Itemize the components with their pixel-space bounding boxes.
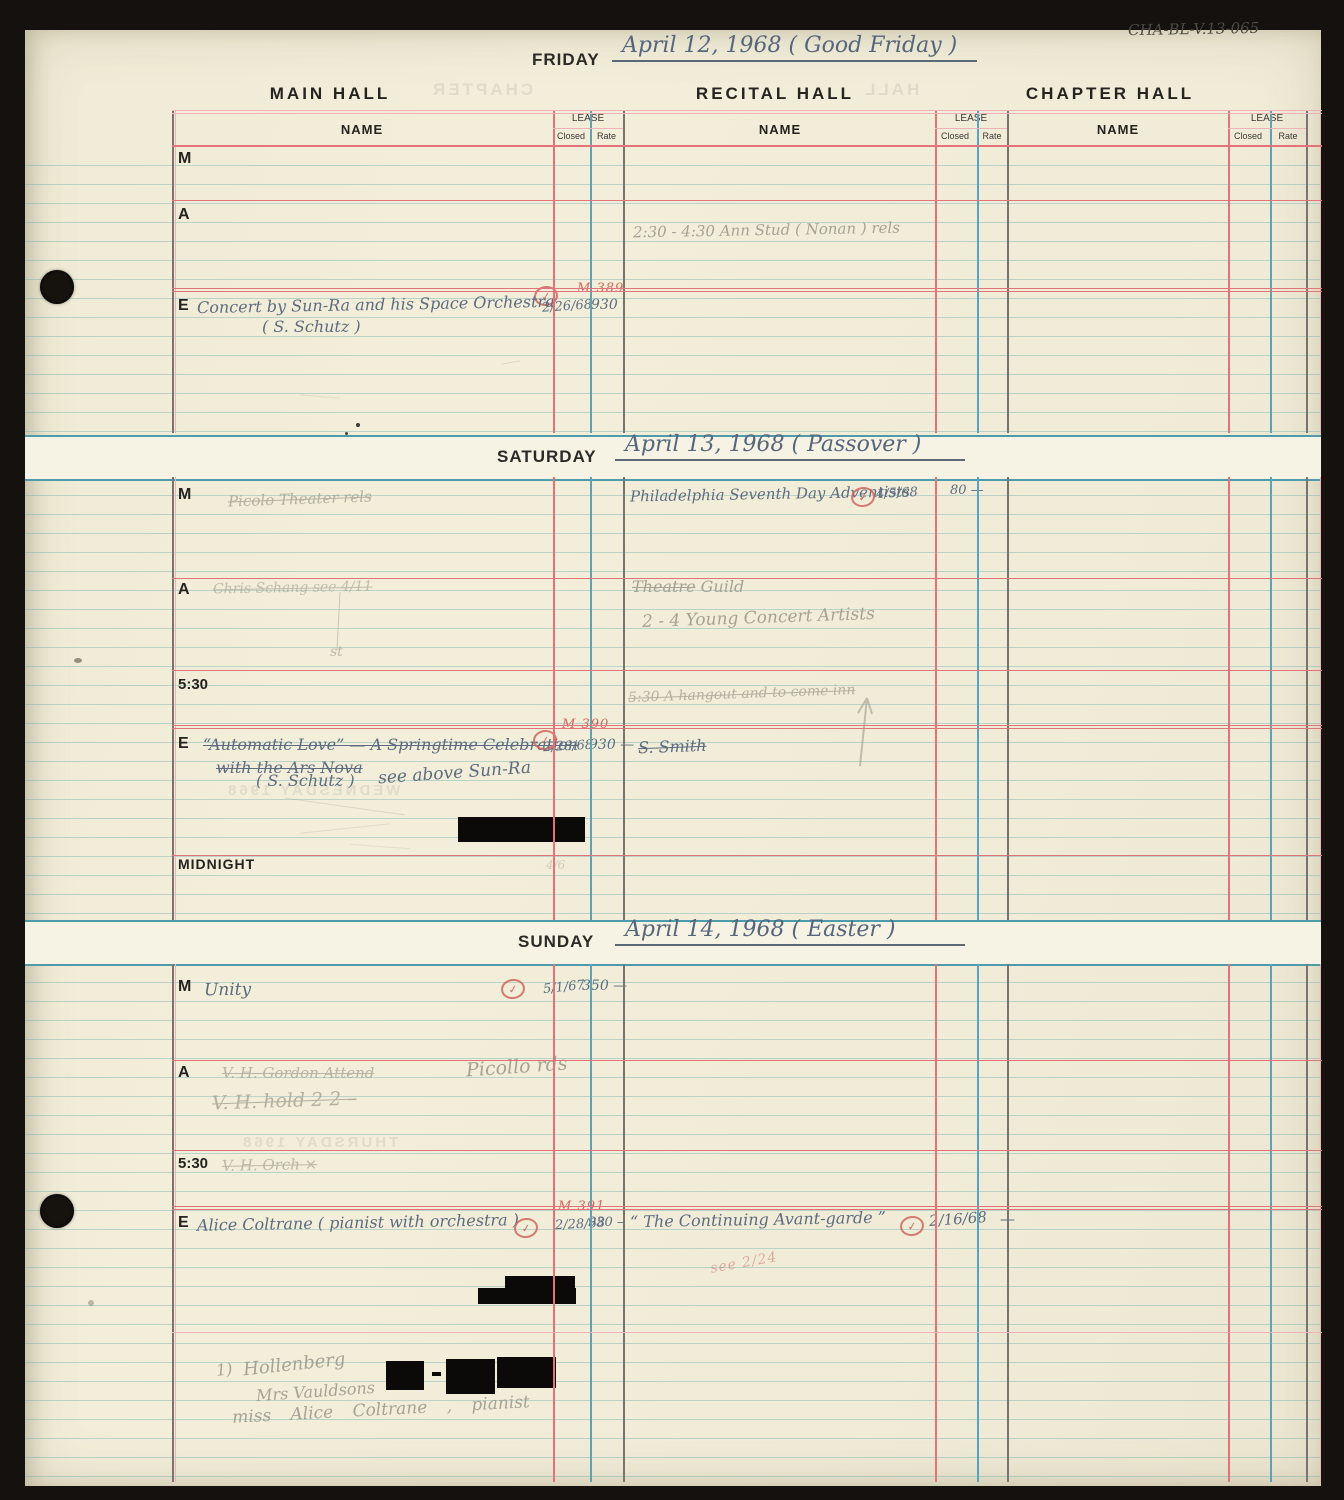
friday-table-grid [25,147,1321,433]
entry-unity: Unity [204,980,251,1001]
grid-line [175,477,176,920]
grid-line [172,1206,1322,1207]
redaction-bar [386,1361,424,1390]
entry-schutz-2: ( S. Schutz ) [256,771,355,790]
chapter-name-header: NAME [1008,122,1228,137]
check-glyph: ✓ [907,1219,918,1233]
entry-automatic-love-rate: 930 — [589,737,634,753]
grid-line [935,128,1007,129]
grid-line [172,578,1322,579]
grid-line [172,1332,1322,1333]
grid-line [935,110,937,433]
saturday-row-a: A [178,581,190,599]
grid-line [1270,110,1272,433]
grid-line [172,145,1322,147]
grid-line [977,477,979,920]
grid-line [590,477,592,920]
note-number: 1) [215,1359,233,1380]
entry-s-smith: S. Smith [638,736,707,757]
grid-line [1007,477,1009,920]
sunday-row-a: A [178,1064,190,1082]
grid-line [172,670,1322,671]
check-glyph: ✓ [521,1221,532,1235]
sunday-row-m: M [178,978,191,996]
grid-line [1306,477,1308,920]
entry-vh-gordon: V. H. Gordon Attend [222,1064,374,1082]
grid-line [172,725,1322,726]
grid-line [623,964,625,1482]
grid-line [553,964,555,1482]
entry-automatic-love: “Automatic Love” — A Springtime Celebrat… [203,735,578,754]
grid-line [590,110,592,433]
sunday-day-label: SUNDAY [518,932,594,952]
grid-line [172,477,174,920]
grid-line [175,110,176,433]
entry-chris-schang: Chris Schang see 4/11 [213,579,373,598]
grid-line [1228,477,1230,920]
saturday-row-midnight: MIDNIGHT [178,856,255,872]
grid-line [172,728,1322,729]
sunday-row-530: 5:30 [178,1155,208,1172]
grid-line [553,128,623,129]
grid-line [1306,110,1308,433]
main-hall-title: MAIN HALL [172,84,488,104]
friday-date-handwriting: April 12, 1968 ( Good Friday ) [612,33,977,62]
pencil-st-mark: st [330,644,343,660]
grid-line [623,477,625,920]
main-closed-header: Closed [551,131,591,141]
friday-row-e: E [178,297,189,315]
main-name-header: NAME [172,122,552,137]
check-glyph: ✓ [858,490,869,504]
grid-line [1228,128,1306,129]
ink-dot [356,423,360,427]
redaction-bar [446,1359,495,1394]
faint-pencil-note: 4/6 [546,858,565,872]
paper-speck [345,432,348,435]
grid-line [1007,110,1009,433]
entry-theatre-guild: Theatre Guild [632,577,744,596]
paper-speck [88,1300,94,1306]
chapter-closed-header: Closed [1226,131,1270,141]
grid-line [172,288,1322,289]
entry-unity-rate: 350 — [582,978,627,994]
entry-sun-ra-rate: 930 [591,297,618,313]
grid-line [172,964,174,1482]
grid-line [172,855,1322,856]
saturday-day-label: SATURDAY [497,447,597,467]
saturday-row-530: 5:30 [178,676,208,693]
grid-line [977,110,979,433]
sunday-date-handwriting: April 14, 1968 ( Easter ) [615,917,965,946]
grid-line [172,1060,1322,1061]
grid-line [172,110,1322,111]
redaction-bar [497,1357,556,1388]
saturday-date-handwriting: April 13, 1968 ( Passover ) [615,432,965,461]
grid-line [623,110,625,433]
grid-line [935,964,937,1482]
recital-closed-header: Closed [933,131,977,141]
grid-line [1306,964,1308,1482]
grid-line [1228,110,1230,433]
grid-line [1320,964,1321,1482]
struck-word: Theatre [632,577,696,596]
grid-line [172,1209,1322,1210]
grid-line [172,200,1322,201]
recital-lease-header: LEASE [935,113,1007,124]
saturday-row-m: M [178,486,191,504]
grid-line [1270,477,1272,920]
pencil-arrow-up [840,690,880,770]
chapter-lease-header: LEASE [1228,113,1306,124]
grid-line [1228,964,1230,1482]
entry-automatic-love-date: 2/26/68 [543,738,594,756]
main-rate-header: Rate [590,131,623,141]
main-lease-header: LEASE [553,113,623,124]
friday-row-m: M [178,150,191,168]
grid-line [553,110,555,433]
saturday-row-e: E [178,735,189,753]
sunday-row-e: E [178,1214,189,1232]
ghost-text: THURSDAY 1968 [240,1134,398,1151]
friday-day-label: FRIDAY [532,50,600,70]
check-glyph: ✓ [508,982,519,996]
grid-line [1270,964,1272,1482]
kept-word: Guild [696,577,745,596]
redaction-bar [478,1288,576,1304]
grid-line [1320,477,1321,920]
grid-line [172,1150,1322,1151]
chapter-hall-title: CHAPTER HALL [1010,84,1210,104]
redaction-bar [458,817,585,842]
ledger-scan: CHA-BL-V.13-065 FRIDAY April 12, 1968 ( … [0,0,1344,1500]
grid-line [1007,964,1009,1482]
redaction-dash [432,1372,441,1376]
grid-line [172,291,1322,292]
recital-rate-header: Rate [977,131,1007,141]
grid-line [172,110,174,433]
recital-hall-title: RECITAL HALL [625,84,925,104]
chapter-rate-header: Rate [1270,131,1306,141]
grid-line [935,477,937,920]
grid-line [175,964,176,1482]
grid-line [553,477,555,920]
entry-vh-orch: V. H. Orch × [222,1155,318,1175]
recital-name-header: NAME [625,122,935,137]
entry-coltrane-rate: 930 – [588,1215,623,1230]
hole-punch [40,270,74,304]
friday-row-a: A [178,206,190,224]
paper-speck [74,658,82,663]
grid-line [172,113,1322,114]
entry-adventists-date: 4/5/68 [876,485,919,502]
hole-punch [40,1194,74,1228]
grid-line [977,964,979,1482]
archive-code: CHA-BL-V.13-065 [1128,19,1259,39]
grid-line [1320,110,1321,433]
grid-line [590,964,592,1482]
entry-schutz: ( S. Schutz ) [262,317,361,336]
